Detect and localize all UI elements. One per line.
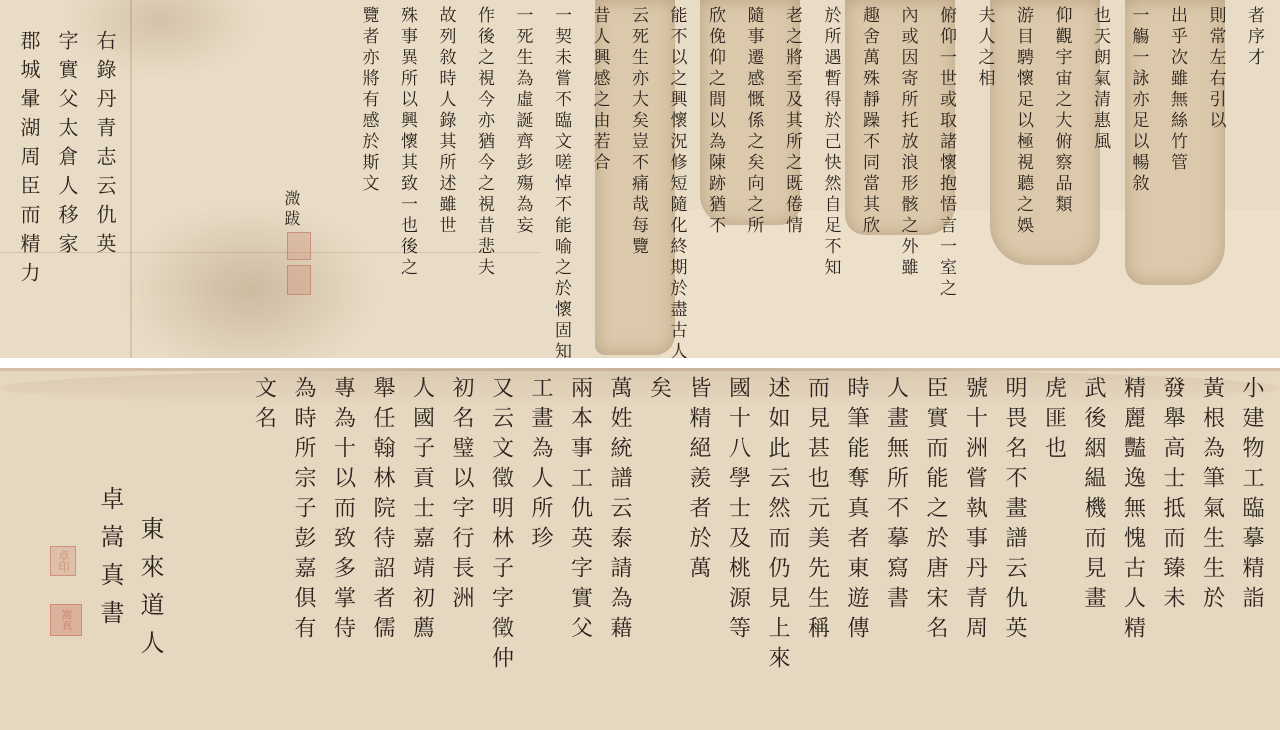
section-divider xyxy=(0,358,1280,368)
text-column: 人畫無所不摹寫書 xyxy=(885,376,907,616)
text-column: 俯仰一世或取諸懷抱悟言一室之 xyxy=(937,6,954,300)
text-column: 號十洲嘗執事丹青周 xyxy=(964,376,986,646)
text-column: 殊事異所以興懷其致一也後之 xyxy=(398,6,415,279)
text-column: 又云文徵明林子字徵仲 xyxy=(490,376,512,676)
seal-stamp xyxy=(287,232,311,260)
text-column: 精麗豔逸無愧古人精 xyxy=(1122,376,1144,646)
text-column: 作後之視今亦猶今之視昔悲夫 xyxy=(475,6,492,279)
text-column: 右錄丹青志云仇英 xyxy=(95,30,115,262)
text-column: 昔人興感之由若合 xyxy=(591,6,608,174)
inscription-line: 卓嵩真書 xyxy=(98,486,122,638)
text-column: 國十八學士及桃源等 xyxy=(727,376,749,646)
text-column: 云死生亦大矣豈不痛哉每覽 xyxy=(629,6,646,258)
text-column: 仰觀宇宙之大俯察品類 xyxy=(1053,6,1070,216)
text-column: 郡城暈湖周臣而精力 xyxy=(19,30,39,291)
scroll-edge xyxy=(0,368,1280,371)
seal-text: 嵩真 xyxy=(51,605,81,635)
text-column: 臣實而能之於唐宋名 xyxy=(924,376,946,646)
paper-stain xyxy=(120,200,380,358)
seal-text: 卓印 xyxy=(51,547,75,575)
text-column: 一契未嘗不臨文嗟悼不能喻之於懷固知 xyxy=(552,6,569,358)
seal-stamp xyxy=(287,265,311,295)
paper-fragment xyxy=(990,0,1100,265)
text-column: 專為十以而致多掌侍 xyxy=(332,376,354,646)
text-column: 時筆能奪真者東遊傳 xyxy=(845,376,867,646)
text-column: 於所遇暫得於己快然自足不知 xyxy=(822,6,839,279)
text-column: 者序才 xyxy=(1245,6,1262,69)
text-column: 故列敘時人錄其所述雖世 xyxy=(437,6,454,237)
text-column: 內或因寄所托放浪形骸之外雖 xyxy=(899,6,916,279)
text-column: 游目騁懷足以極視聽之娛 xyxy=(1014,6,1031,237)
text-column: 欣俛仰之間以為陳跡猶不 xyxy=(706,6,723,237)
text-column: 武後絪緼機而見畫 xyxy=(1082,376,1104,616)
text-column: 萬姓統譜云泰請為藉 xyxy=(608,376,630,646)
text-column: 皆精絕羨者於萬 xyxy=(687,376,709,586)
text-column: 一觴一詠亦足以暢敘 xyxy=(1130,6,1147,195)
text-column: 黃根為筆氣生生於 xyxy=(1201,376,1223,616)
text-column: 夫人之相 xyxy=(976,6,993,90)
text-column: 工畫為人所珍 xyxy=(529,376,551,556)
text-column: 發舉高士抵而臻未 xyxy=(1161,376,1183,616)
text-column: 為時所宗子彭嘉俱有 xyxy=(292,376,314,646)
text-column: 老之將至及其所之既倦情 xyxy=(783,6,800,237)
scroll-section-bottom: 小建物工臨摹精詣黃根為筆氣生生於發舉高士抵而臻未精麗豔逸無愧古人精武後絪緼機而見… xyxy=(0,368,1280,730)
text-column: 出乎次雖無絲竹管 xyxy=(1168,6,1185,174)
text-column: 覽者亦將有感於斯文 xyxy=(360,6,377,195)
text-column: 虎匪也 xyxy=(1043,376,1065,466)
paper-stain xyxy=(60,0,260,80)
paper-crease xyxy=(0,252,540,253)
text-column: 舉任翰林院待詔者儒 xyxy=(371,376,393,646)
seal-stamp: 卓印 xyxy=(50,546,76,576)
text-column: 而見甚也元美先生稱 xyxy=(806,376,828,646)
signature: 溦跋 xyxy=(283,190,299,230)
text-column: 人國子貢士嘉靖初薦 xyxy=(411,376,433,646)
text-column: 趣舍萬殊靜躁不同當其欣 xyxy=(860,6,877,237)
text-column: 則常左右引以 xyxy=(1207,6,1224,132)
text-column: 述如此云然而仍見上來 xyxy=(766,376,788,676)
text-column: 一死生為虛誕齊彭殤為妄 xyxy=(514,6,531,237)
text-column: 小建物工臨摹精詣 xyxy=(1240,376,1262,616)
text-column: 隨事遷感慨係之矣向之所 xyxy=(745,6,762,237)
text-column: 能不以之興懷況修短隨化終期於盡古人 xyxy=(668,6,685,358)
inscription-line: 東來道人 xyxy=(138,516,162,668)
text-column: 兩本事工仇英字實父 xyxy=(569,376,591,646)
scroll-section-top: 者序才則常左右引以出乎次雖無絲竹管一觴一詠亦足以暢敘也天朗氣清惠風仰觀宇宙之大俯… xyxy=(0,0,1280,358)
text-column: 矣 xyxy=(648,376,670,406)
paper-seam xyxy=(130,0,132,358)
text-column: 文名 xyxy=(253,376,275,436)
seal-stamp: 嵩真 xyxy=(50,604,82,636)
text-column: 也天朗氣清惠風 xyxy=(1091,6,1108,153)
text-column: 字實父太倉人移家 xyxy=(57,30,77,262)
text-column: 明畏名不畫譜云仇英 xyxy=(1003,376,1025,646)
text-column: 初名璧以字行長洲 xyxy=(450,376,472,616)
